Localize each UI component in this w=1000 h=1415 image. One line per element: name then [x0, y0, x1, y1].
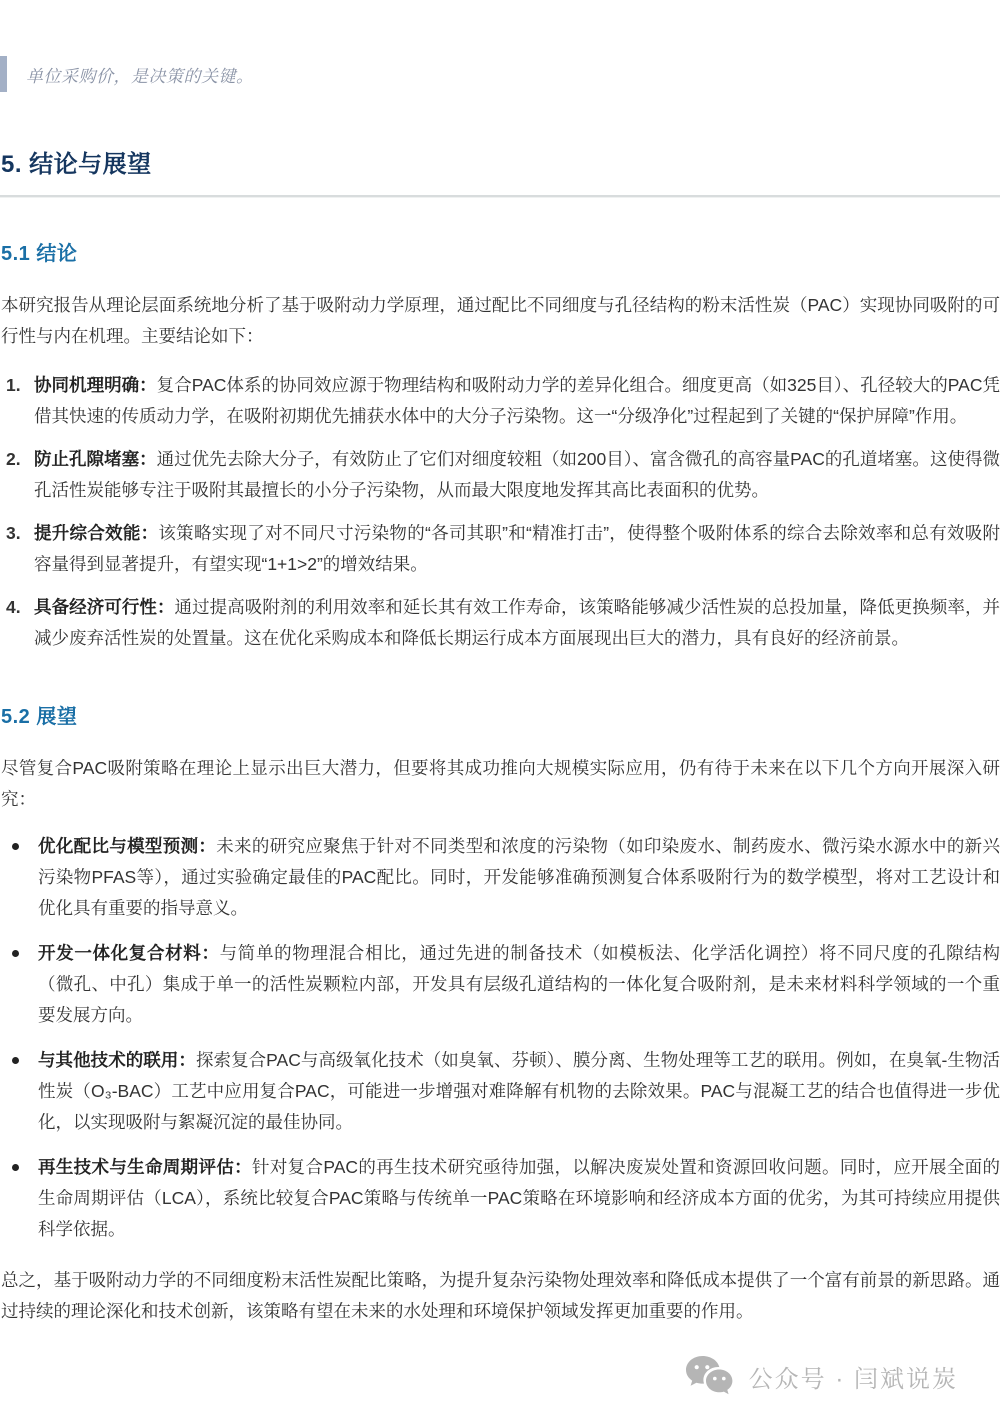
list-item-label: 提升综合效能： [34, 523, 158, 543]
list-item: 4.具备经济可行性：通过提高吸附剂的利用效率和延长其有效工作寿命，该策略能够减少… [0, 592, 1000, 654]
list-item-label: 协同机理明确： [34, 375, 157, 395]
list-item-label: 与其他技术的联用： [38, 1050, 196, 1070]
paragraph-closing: 总之，基于吸附动力学的不同细度粉末活性炭配比策略，为提升复杂污染物处理效率和降低… [1, 1265, 1000, 1327]
list-number: 4. [6, 592, 21, 623]
list-number: 3. [6, 518, 21, 549]
bullet-icon [12, 1164, 19, 1171]
list-number: 1. [6, 370, 21, 401]
list-item-label: 具备经济可行性： [34, 597, 175, 617]
list-item: 3.提升综合效能：该策略实现了对不同尺寸污染物的“各司其职”和“精准打击”，使得… [0, 518, 1000, 580]
list-item: 2.防止孔隙堵塞：通过优先去除大分子，有效防止了它们对细度较粗（如200目）、富… [0, 444, 1000, 506]
subsection-title-5-2: 5.2 展望 [1, 700, 1000, 729]
numbered-list-conclusions: 1.协同机理明确：复合PAC体系的协同效应源于物理结构和吸附动力学的差异化组合。… [0, 370, 1000, 654]
quote-block: 单位采购价，是决策的关键。 [0, 56, 1000, 92]
list-item-text: 该策略实现了对不同尺寸污染物的“各司其职”和“精准打击”，使得整个吸附体系的综合… [34, 523, 1000, 574]
wechat-account-badge: 公众号 · 闫斌说炭 [685, 1353, 958, 1399]
section-title-conclusion-outlook: 5. 结论与展望 [1, 144, 1000, 179]
list-item: 再生技术与生命周期评估：针对复合PAC的再生技术研究亟待加强，以解决废炭处置和资… [0, 1152, 1000, 1245]
quote-text: 单位采购价，是决策的关键。 [26, 62, 254, 87]
horizontal-divider [0, 195, 1000, 197]
list-item: 开发一体化复合材料：与简单的物理混合相比，通过先进的制备技术（如模板法、化学活化… [0, 938, 1000, 1031]
list-item-label: 开发一体化复合材料： [38, 943, 220, 963]
subsection-title-5-1: 5.1 结论 [1, 237, 1000, 266]
list-number: 2. [6, 444, 21, 475]
bullet-icon [12, 1057, 19, 1064]
wechat-account-name: 公众号 · 闫斌说炭 [749, 1359, 958, 1394]
bullet-icon [12, 950, 19, 957]
list-item-text: 通过提高吸附剂的利用效率和延长其有效工作寿命，该策略能够减少活性炭的总投加量，降… [34, 597, 1000, 648]
paragraph-5-1-intro: 本研究报告从理论层面系统地分析了基于吸附动力学原理，通过配比不同细度与孔径结构的… [1, 290, 1000, 352]
list-item-label: 防止孔隙堵塞： [34, 449, 157, 469]
document-page: 单位采购价，是决策的关键。 5. 结论与展望 5.1 结论 本研究报告从理论层面… [0, 0, 1000, 1415]
list-item-label: 优化配比与模型预测： [38, 836, 216, 856]
quote-bar [0, 56, 7, 92]
list-item-text: 复合PAC体系的协同效应源于物理结构和吸附动力学的差异化组合。细度更高（如325… [34, 375, 1000, 426]
list-item: 优化配比与模型预测：未来的研究应聚焦于针对不同类型和浓度的污染物（如印染废水、制… [0, 831, 1000, 924]
bullet-icon [12, 843, 19, 850]
bulleted-list-outlook: 优化配比与模型预测：未来的研究应聚焦于针对不同类型和浓度的污染物（如印染废水、制… [0, 831, 1000, 1245]
list-item-text: 通过优先去除大分子，有效防止了它们对细度较粗（如200目）、富含微孔的高容量PA… [34, 449, 1000, 500]
list-item: 与其他技术的联用：探索复合PAC与高级氧化技术（如臭氧、芬顿）、膜分离、生物处理… [0, 1045, 1000, 1138]
paragraph-5-2-intro: 尽管复合PAC吸附策略在理论上显示出巨大潜力，但要将其成功推向大规模实际应用，仍… [1, 753, 1000, 815]
wechat-icon [685, 1353, 735, 1399]
list-item: 1.协同机理明确：复合PAC体系的协同效应源于物理结构和吸附动力学的差异化组合。… [0, 370, 1000, 432]
list-item-label: 再生技术与生命周期评估： [38, 1157, 252, 1177]
